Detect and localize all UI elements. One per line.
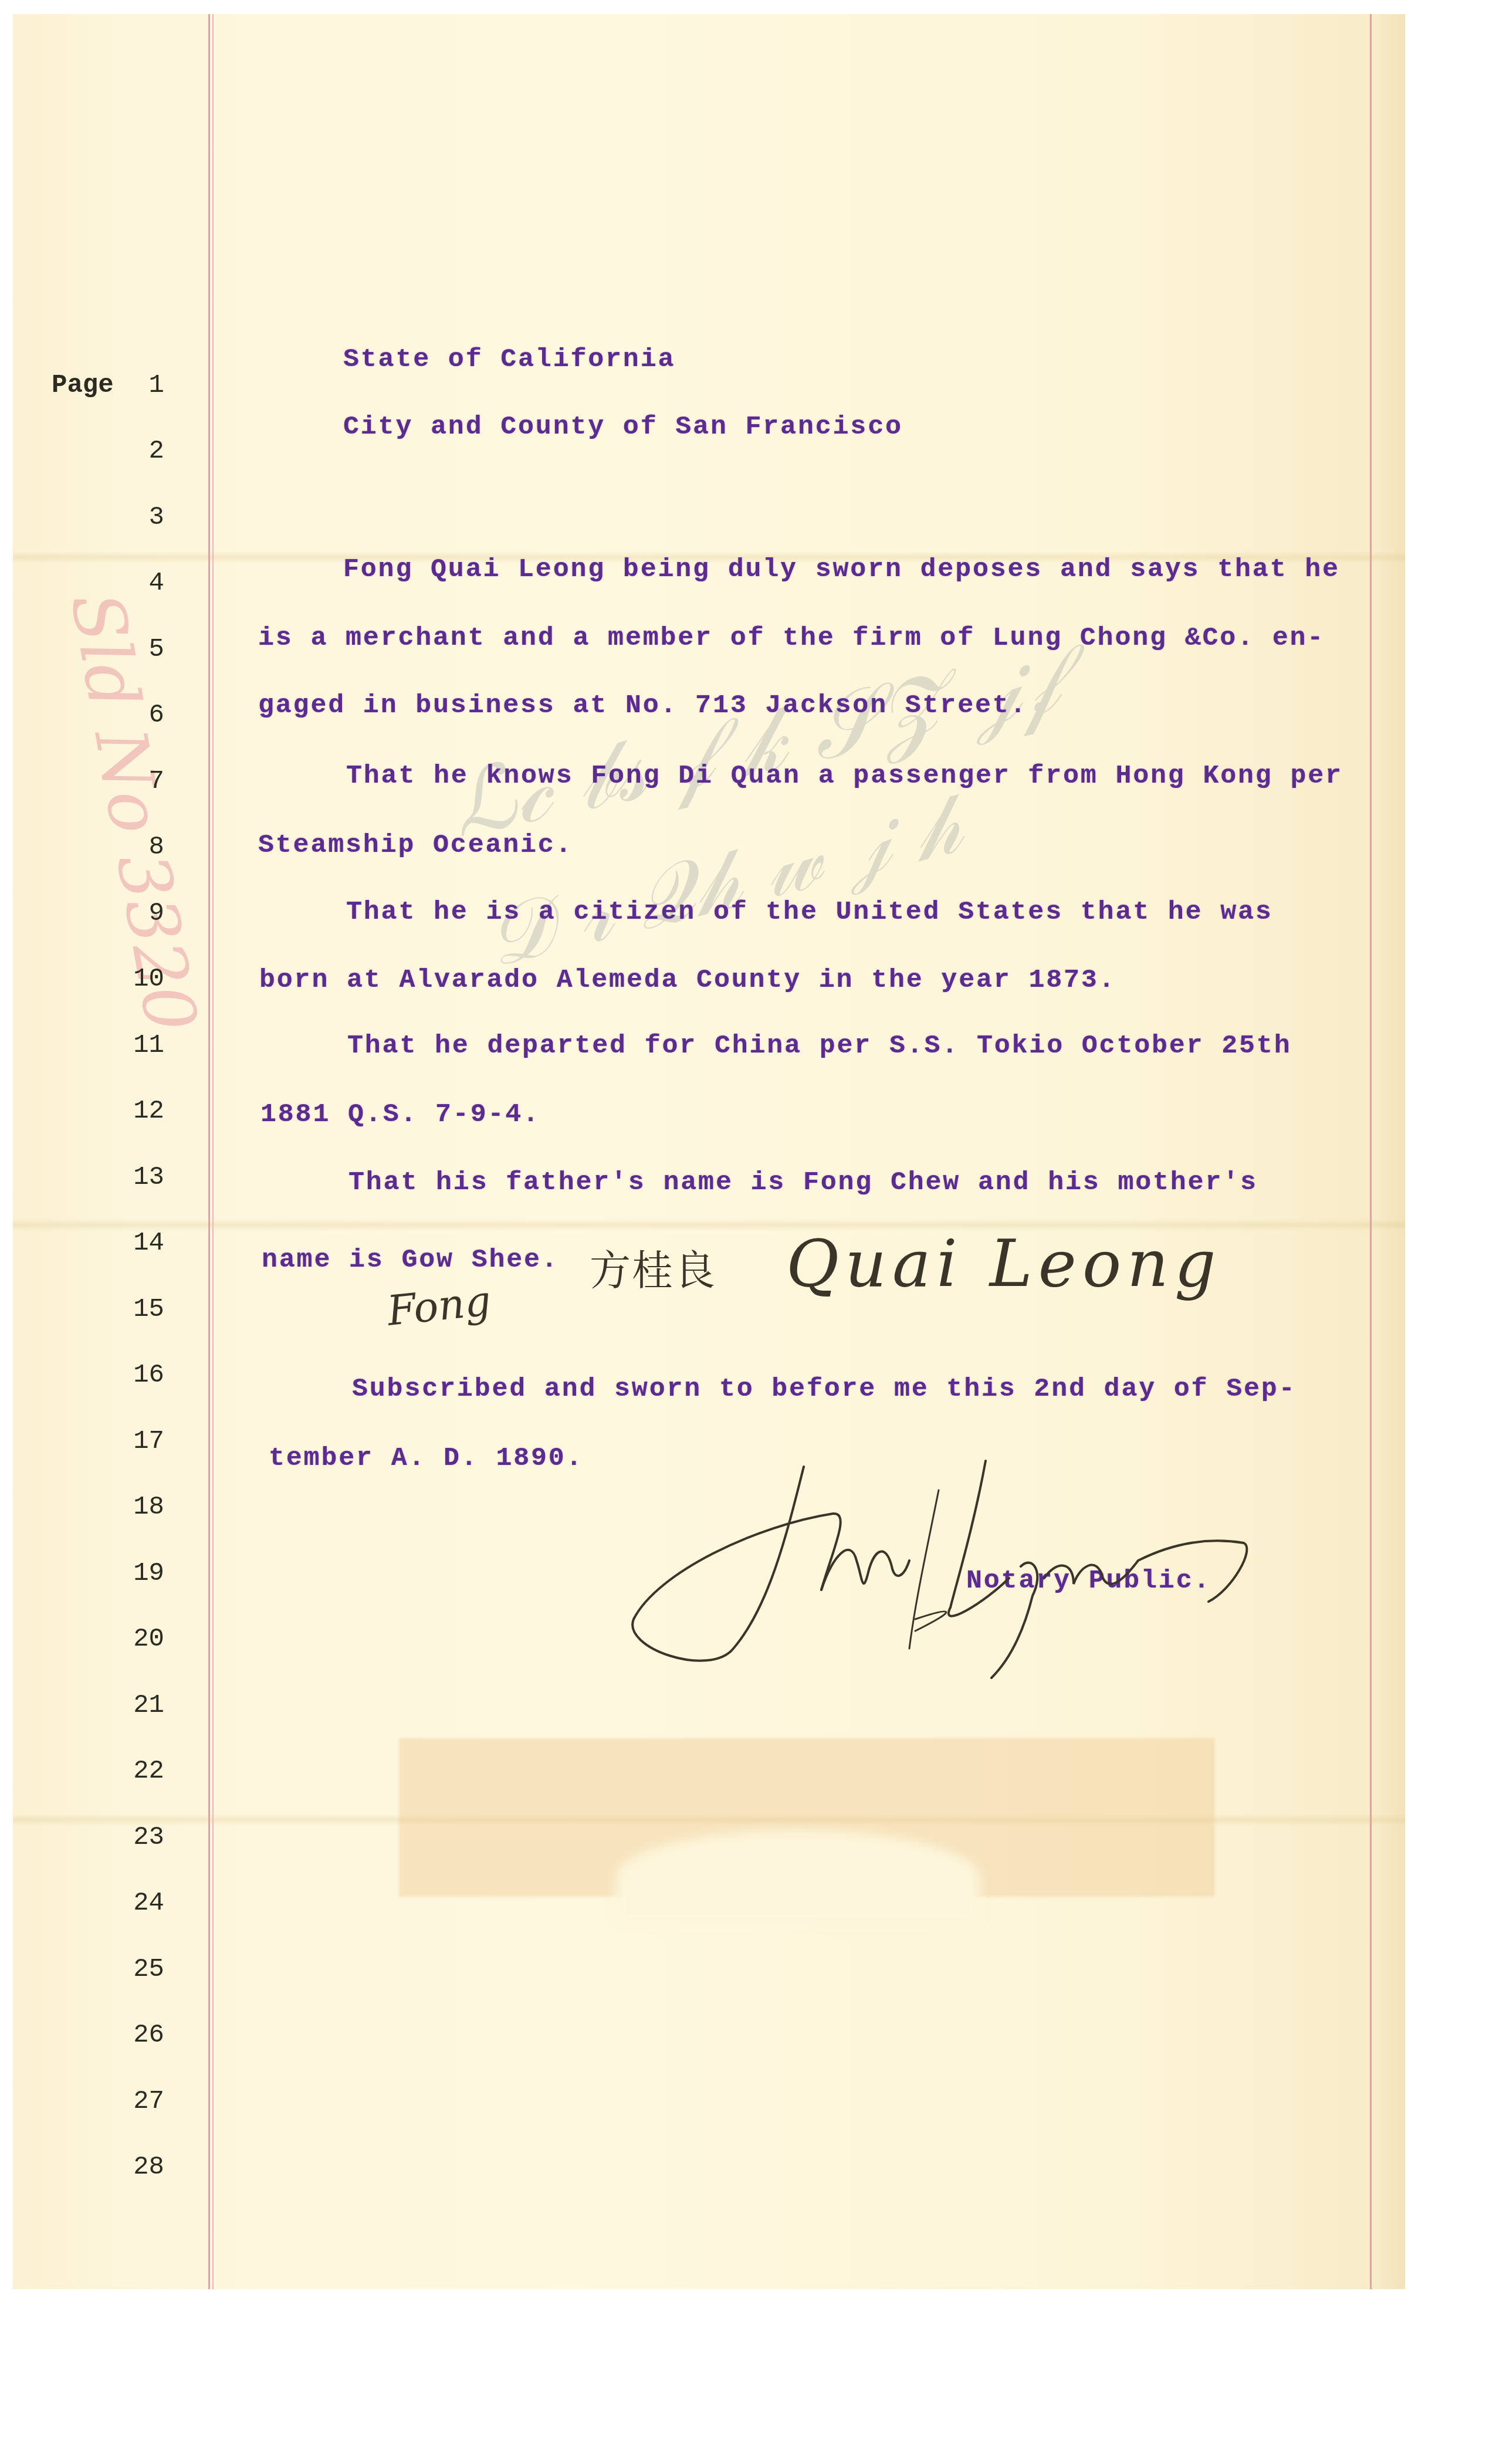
affidavit-line: born at Alvarado Alemeda County in the y…: [259, 967, 1116, 993]
document-page: [13, 14, 1405, 2289]
affidavit-line: name is Gow Shee.: [262, 1247, 559, 1273]
affidavit-line: 1881 Q.S. 7-9-4.: [260, 1101, 540, 1128]
deponent-signature-chinese: 方桂良: [590, 1238, 716, 1297]
line-number: 14: [94, 1230, 164, 1256]
affidavit-line: That his father's name is Fong Chew and …: [348, 1169, 1258, 1196]
notary-signature: [610, 1455, 1373, 1678]
line-number: 5: [94, 637, 164, 662]
line-number: 4: [94, 570, 164, 596]
line-number: 18: [94, 1494, 164, 1520]
line-number: 28: [94, 2154, 164, 2180]
affidavit-line: That he departed for China per S.S. Toki…: [347, 1033, 1291, 1059]
line-number: 17: [94, 1429, 164, 1454]
line-number: 24: [94, 1890, 164, 1916]
line-number: 10: [94, 966, 164, 992]
right-margin-line: [1370, 14, 1372, 2289]
affidavit-line: That he is a citizen of the United State…: [346, 899, 1273, 925]
line-number: 25: [94, 1957, 164, 1982]
venue-state: State of California: [343, 346, 675, 373]
deponent-signature-given-name: Quai Leong: [786, 1226, 1221, 1301]
line-number: 20: [94, 1626, 164, 1652]
line-number: 21: [94, 1693, 164, 1718]
jurat-line: tember A. D. 1890.: [269, 1445, 583, 1471]
left-margin-line: [208, 14, 210, 2289]
left-margin-line-inner: [212, 14, 214, 2289]
affidavit-line: is a merchant and a member of the firm o…: [258, 625, 1325, 651]
line-number: 15: [94, 1297, 164, 1322]
line-number: 13: [94, 1165, 164, 1190]
line-number: 8: [94, 834, 164, 860]
affidavit-line: Steamship Oceanic.: [258, 832, 573, 858]
line-number: 27: [94, 2089, 164, 2114]
line-number: 16: [94, 1362, 164, 1388]
faded-paste-mark-notch: [616, 1830, 980, 1924]
line-number: 26: [94, 2022, 164, 2048]
line-number: 9: [94, 901, 164, 926]
affidavit-line: gaged in business at No. 713 Jackson Str…: [258, 692, 1027, 719]
line-number: 12: [94, 1098, 164, 1124]
line-number: 7: [94, 769, 164, 794]
affidavit-line: That he knows Fong Di Quan a passenger f…: [346, 763, 1343, 789]
affidavit-line: Fong Quai Leong being duly sworn deposes…: [343, 556, 1340, 583]
line-number: 11: [94, 1033, 164, 1058]
line-number: 19: [94, 1561, 164, 1586]
jurat-line: Subscribed and sworn to before me this 2…: [352, 1376, 1296, 1402]
line-number: 23: [94, 1825, 164, 1850]
line-number: 22: [94, 1758, 164, 1784]
venue-county: City and County of San Francisco: [343, 414, 903, 440]
line-number: 3: [94, 505, 164, 530]
line-number: 6: [94, 702, 164, 728]
line-number: 1: [94, 373, 164, 398]
line-number: 2: [94, 438, 164, 464]
